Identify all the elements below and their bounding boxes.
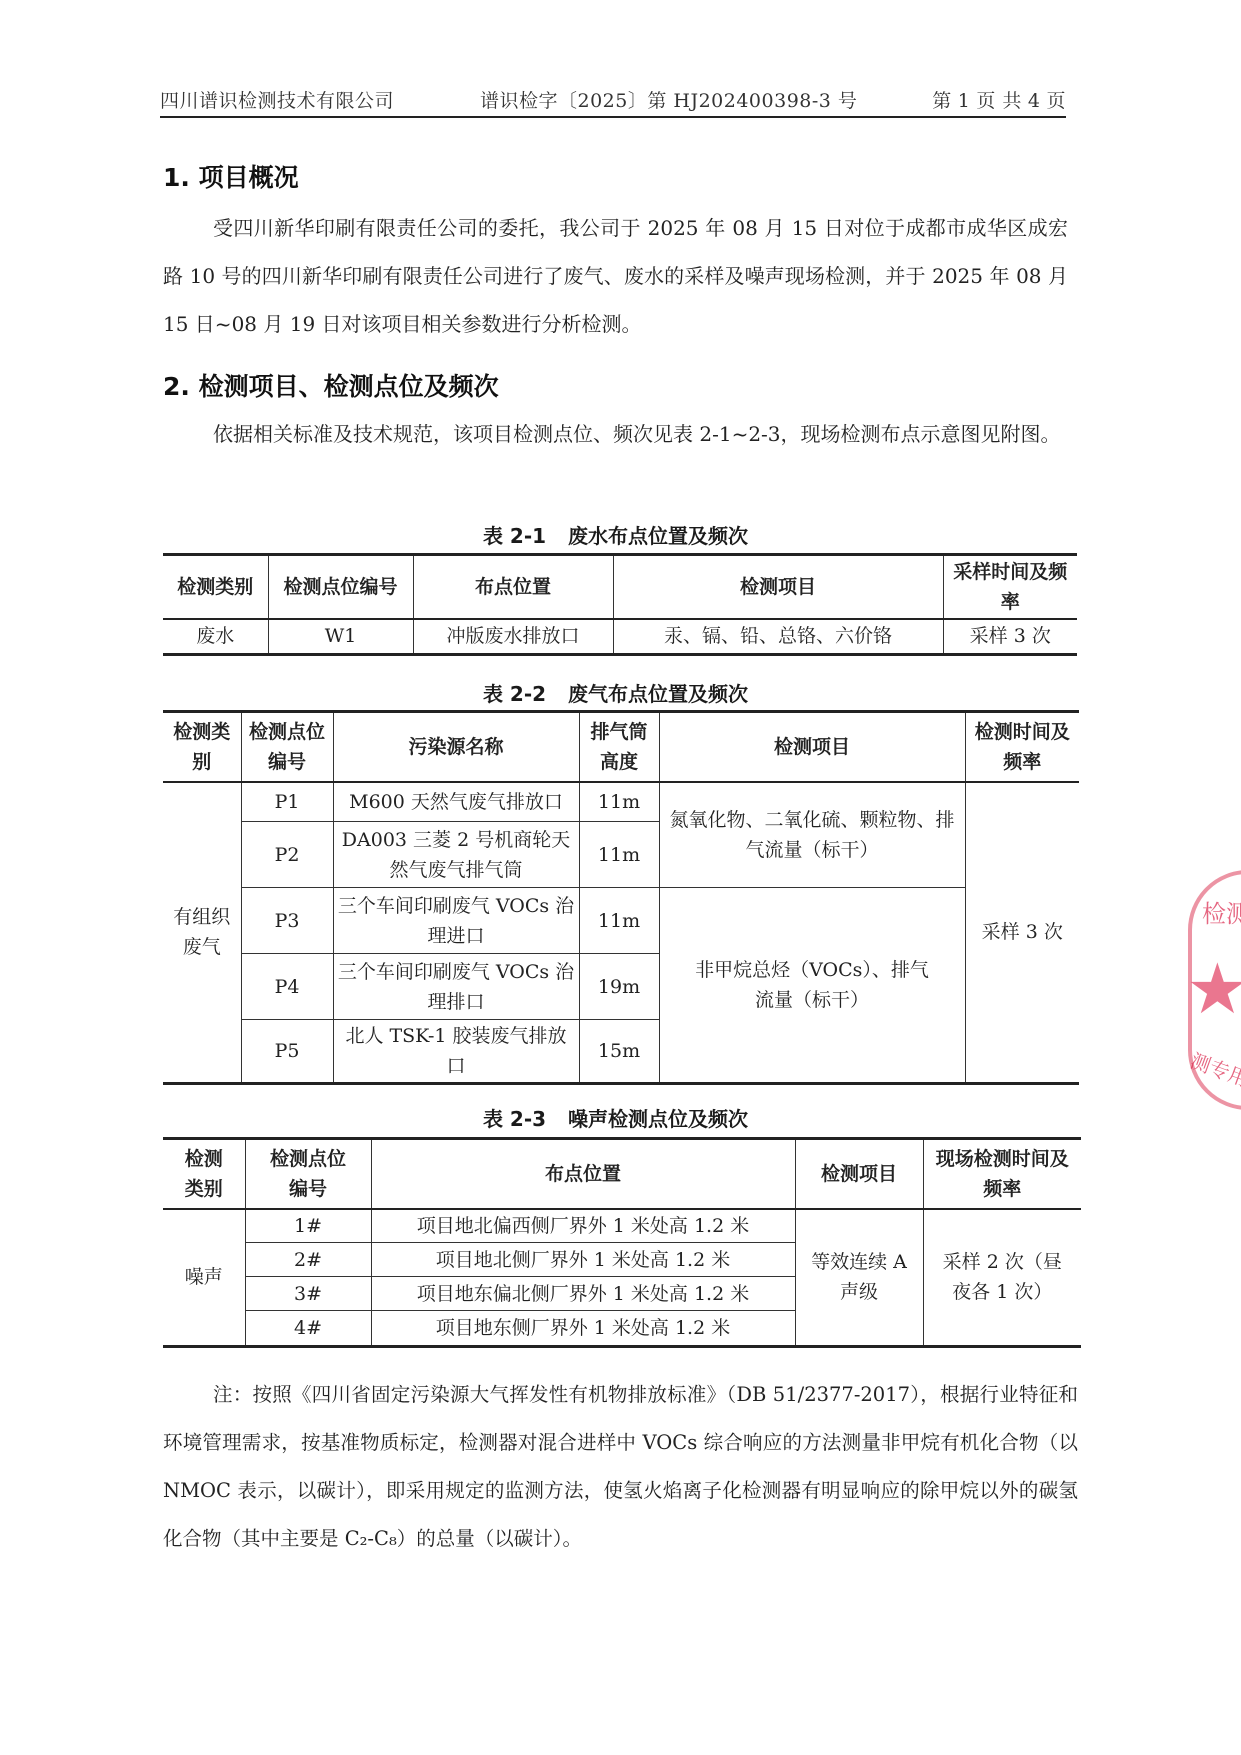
section-1-paragraph: 受四川新华印刷有限责任公司的委托，我公司于 2025 年 08 月 15 日对位… xyxy=(163,204,1068,348)
cell-category: 废水 xyxy=(163,619,268,655)
header-cell: 检测项目 xyxy=(659,712,965,782)
section-1-title: 1. 项目概况 xyxy=(163,158,299,194)
page-current: 1 xyxy=(958,90,971,112)
cell-location: 项目地北偏西侧厂界外 1 米处高 1.2 米 xyxy=(371,1209,795,1243)
document-number: 谱识检字〔2025〕第 HJ202400398-3 号 xyxy=(480,86,857,113)
cell-frequency: 采样 3 次 xyxy=(943,619,1077,655)
cell-height: 15m xyxy=(579,1020,659,1084)
cell-frequency: 采样 3 次 xyxy=(965,782,1079,1084)
cell-category: 有组织废气 xyxy=(163,782,241,1084)
page-total: 4 xyxy=(1028,90,1041,112)
cell-location: 项目地北侧厂界外 1 米处高 1.2 米 xyxy=(371,1243,795,1277)
table-number: 表 2-1 xyxy=(483,524,546,548)
cell-point-id: 2# xyxy=(245,1243,371,1277)
cell-height: 11m xyxy=(579,888,659,954)
header-cell: 检测点位编号 xyxy=(268,555,413,619)
section-2-title: 2. 检测项目、检测点位及频次 xyxy=(163,367,499,403)
table-row: 废水 W1 冲版废水排放口 汞、镉、铅、总铬、六价铬 采样 3 次 xyxy=(163,619,1077,655)
cell-source: 三个车间印刷废气 VOCs 治理排口 xyxy=(333,954,579,1020)
cell-frequency: 采样 2 次（昼夜各 1 次） xyxy=(923,1209,1081,1347)
header-cell: 检测点位编号 xyxy=(241,712,333,782)
cell-point-id: 4# xyxy=(245,1311,371,1347)
cell-items: 氮氧化物、二氧化硫、颗粒物、排气流量（标干） xyxy=(659,782,965,888)
cell-items: 非甲烷总烃（VOCs）、排气流量（标干） xyxy=(659,888,965,1084)
table-2-2-waste-gas: 检测类别 检测点位编号 污染源名称 排气筒高度 检测项目 检测时间及频率 有组织… xyxy=(163,710,1079,1085)
cell-point-id: P3 xyxy=(241,888,333,954)
cell-item: 等效连续 A 声级 xyxy=(795,1209,923,1347)
header-cell: 检测类别 xyxy=(163,1139,245,1209)
stamp-text-bottom: 测专用 xyxy=(1187,1045,1241,1093)
cell-location: 项目地东偏北侧厂界外 1 米处高 1.2 米 xyxy=(371,1277,795,1311)
cell-point-id: P5 xyxy=(241,1020,333,1084)
star-icon: ★ xyxy=(1186,954,1241,1024)
header-cell: 检测时间及频率 xyxy=(965,712,1079,782)
cell-source: DA003 三菱 2 号机商轮天然气废气排气筒 xyxy=(333,822,579,888)
company-name: 四川谱识检测技术有限公司 xyxy=(160,86,394,113)
header-cell: 检测项目 xyxy=(613,555,943,619)
cell-height: 11m xyxy=(579,782,659,822)
table-title: 噪声检测点位及频次 xyxy=(568,1107,748,1131)
cell-point-id: 3# xyxy=(245,1277,371,1311)
inspection-stamp: 检测 ★ 测专用 xyxy=(1188,870,1241,1110)
header-cell: 检测项目 xyxy=(795,1139,923,1209)
header-cell: 排气筒高度 xyxy=(579,712,659,782)
table-2-3-noise: 检测类别 检测点位编号 布点位置 检测项目 现场检测时间及频率 噪声 1# 项目… xyxy=(163,1137,1081,1348)
cell-point-id: P4 xyxy=(241,954,333,1020)
header-cell: 检测类别 xyxy=(163,712,241,782)
table-number: 表 2-3 xyxy=(483,1107,546,1131)
header-cell: 检测点位编号 xyxy=(245,1139,371,1209)
cell-location: 冲版废水排放口 xyxy=(413,619,613,655)
table-row: 有组织废气 P1 M600 天然气废气排放口 11m 氮氧化物、二氧化硫、颗粒物… xyxy=(163,782,1079,822)
table-row: P3 三个车间印刷废气 VOCs 治理进口 11m 非甲烷总烃（VOCs）、排气… xyxy=(163,888,1079,954)
page-indicator: 第1页 共4页 xyxy=(932,86,1066,113)
cell-location: 项目地东侧厂界外 1 米处高 1.2 米 xyxy=(371,1311,795,1347)
table-2-2-caption: 表 2-2废气布点位置及频次 xyxy=(163,678,1068,707)
cell-point-id: W1 xyxy=(268,619,413,655)
cell-source: 三个车间印刷废气 VOCs 治理进口 xyxy=(333,888,579,954)
header-cell: 布点位置 xyxy=(413,555,613,619)
page-header: 四川谱识检测技术有限公司 谱识检字〔2025〕第 HJ202400398-3 号… xyxy=(160,84,1066,118)
table-row: 噪声 1# 项目地北偏西侧厂界外 1 米处高 1.2 米 等效连续 A 声级 采… xyxy=(163,1209,1081,1243)
table-title: 废气布点位置及频次 xyxy=(568,682,748,706)
table-note: 注：按照《四川省固定污染源大气挥发性有机物排放标准》（DB 51/2377-20… xyxy=(163,1371,1078,1563)
page-prefix: 第 xyxy=(932,90,952,112)
cell-source: 北人 TSK-1 胶装废气排放口 xyxy=(333,1020,579,1084)
header-cell: 现场检测时间及频率 xyxy=(923,1139,1081,1209)
page-suffix: 页 xyxy=(1046,90,1066,112)
cell-height: 19m xyxy=(579,954,659,1020)
cell-category: 噪声 xyxy=(163,1209,245,1347)
cell-items: 汞、镉、铅、总铬、六价铬 xyxy=(613,619,943,655)
cell-point-id: P1 xyxy=(241,782,333,822)
table-2-1-wastewater: 检测类别 检测点位编号 布点位置 检测项目 采样时间及频率 废水 W1 冲版废水… xyxy=(163,553,1077,656)
cell-source: M600 天然气废气排放口 xyxy=(333,782,579,822)
header-cell: 检测类别 xyxy=(163,555,268,619)
section-2-paragraph: 依据相关标准及技术规范，该项目检测点位、频次见表 2-1~2-3，现场检测布点示… xyxy=(163,410,1068,458)
header-cell: 污染源名称 xyxy=(333,712,579,782)
table-2-1-caption: 表 2-1废水布点位置及频次 xyxy=(163,520,1068,549)
page-mid: 页 共 xyxy=(976,90,1022,112)
table-2-3-caption: 表 2-3噪声检测点位及频次 xyxy=(163,1103,1068,1132)
header-cell: 采样时间及频率 xyxy=(943,555,1077,619)
cell-point-id: 1# xyxy=(245,1209,371,1243)
table-title: 废水布点位置及频次 xyxy=(568,524,748,548)
cell-point-id: P2 xyxy=(241,822,333,888)
header-cell: 布点位置 xyxy=(371,1139,795,1209)
cell-height: 11m xyxy=(579,822,659,888)
stamp-text-top: 检测 xyxy=(1202,894,1241,929)
table-number: 表 2-2 xyxy=(483,682,546,706)
